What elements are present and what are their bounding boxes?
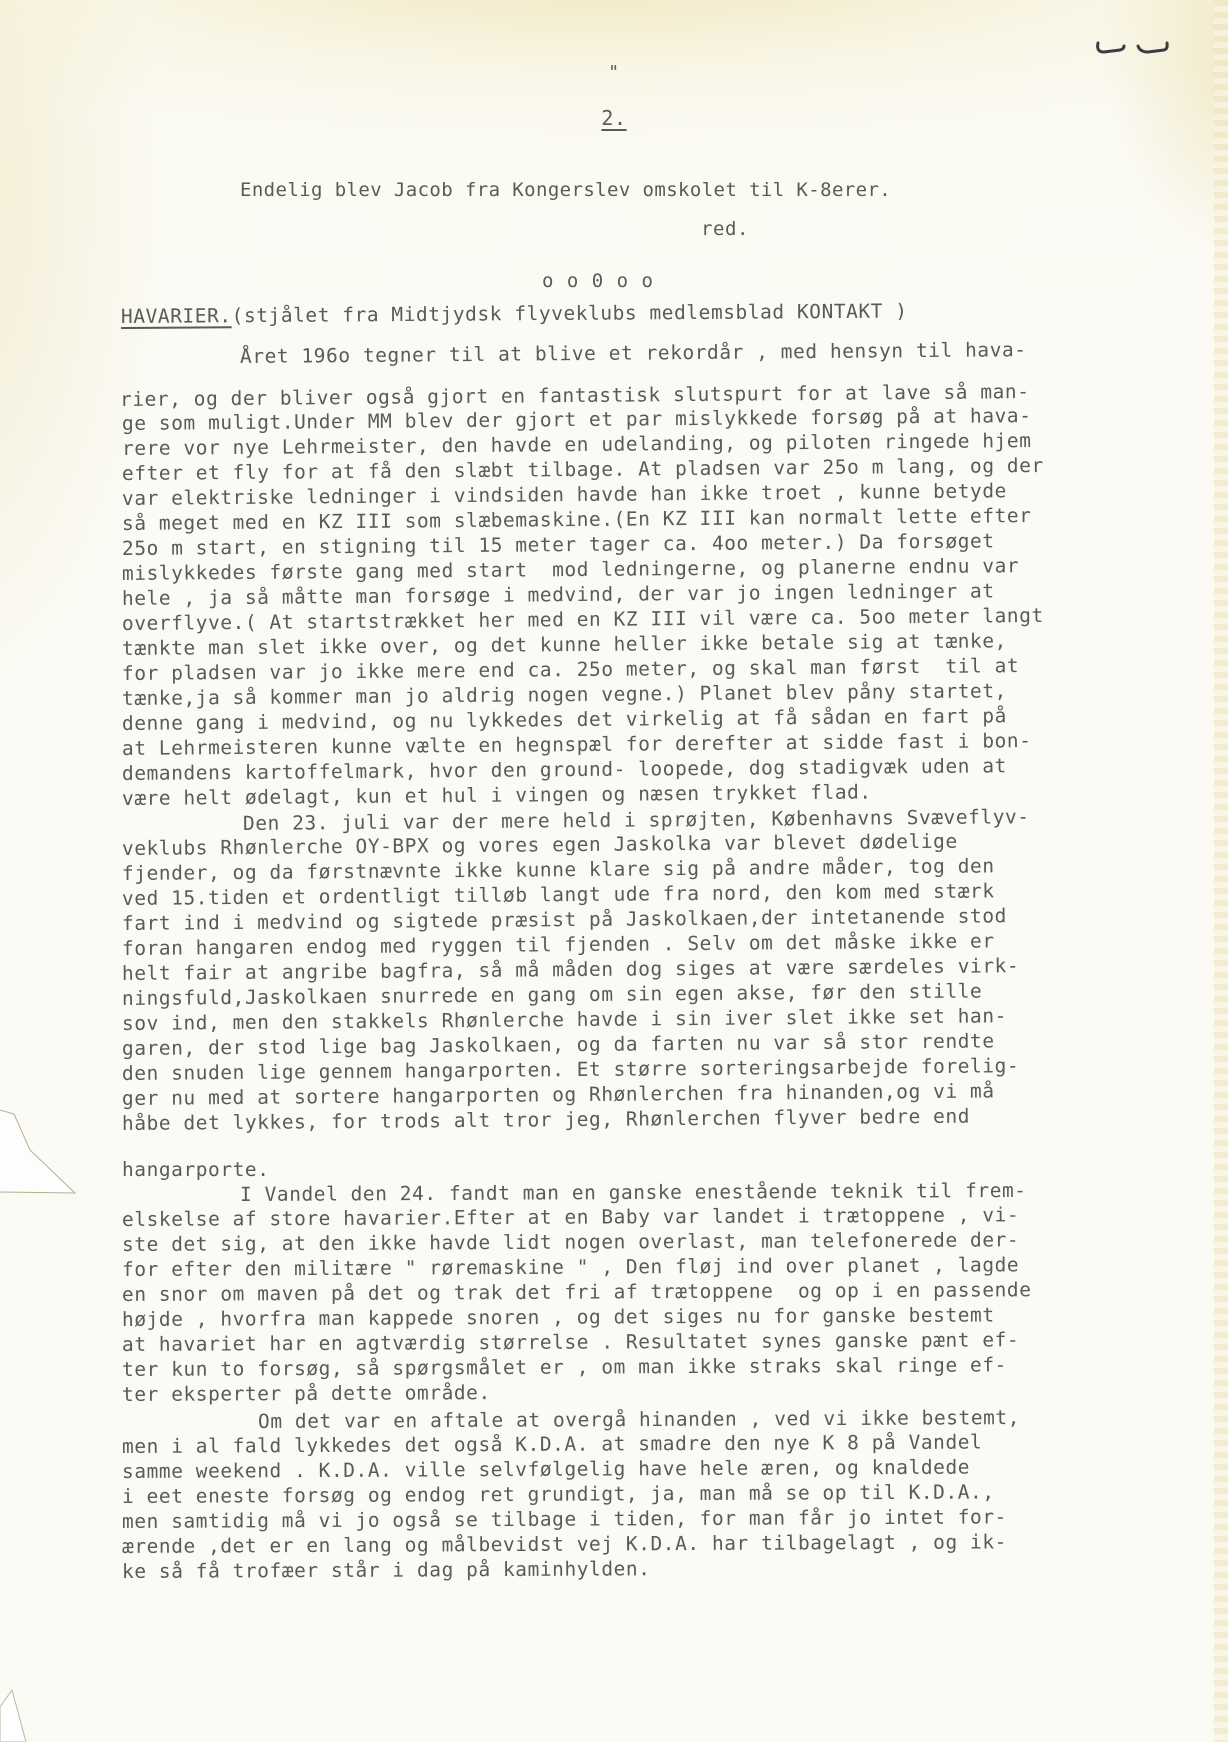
body-line: ter eksperter på dette område.	[122, 1381, 491, 1406]
body-line: samme weekend . K.D.A. ville selvfølgeli…	[122, 1456, 970, 1483]
paper-corner-tear	[0, 1682, 60, 1742]
page-number: 2.	[0, 106, 1228, 130]
section-separator: o o 0 o o	[542, 270, 654, 292]
body-line: ste det sig, at den ikke havde lidt noge…	[122, 1228, 1019, 1256]
body-line: ke så få trofæer står i dag på kaminhyld…	[122, 1557, 651, 1583]
body-line: men samtidig må vi jo også se tilbage i …	[122, 1505, 1007, 1533]
quote-mark: "	[0, 62, 1228, 83]
body-line: højde , hvorfra man kappede snoren , og …	[122, 1303, 995, 1331]
body-line: for efter den militære " røremaskine " ,…	[122, 1253, 1019, 1281]
body-line: en snor om maven på det og trak det fri …	[122, 1278, 1032, 1306]
body-line: I Vandel den 24. fandt man en ganske ene…	[240, 1179, 1027, 1206]
notice-signoff: red.	[701, 218, 749, 240]
paper-edge-perforation	[1214, 0, 1228, 1742]
body-line: elskelse af store havarier.Efter at en B…	[122, 1203, 1019, 1231]
staple-marks-icon	[1094, 40, 1194, 56]
paper-tear-mark	[0, 1100, 80, 1200]
article-title: HAVARIER.	[121, 304, 232, 328]
notice-text: Endelig blev Jacob fra Kongerslev omskol…	[240, 179, 891, 201]
article-source-note: (stjålet fra Midtjydsk flyveklubs medlem…	[232, 300, 908, 328]
body-line: hangarporte.	[122, 1158, 269, 1181]
body-line: ærende ,det er en lang og målbevidst vej…	[122, 1530, 1007, 1558]
body-line: men i al fald lykkedes det også K.D.A. a…	[122, 1430, 982, 1458]
body-line: Om det var en aftale at overgå hinanden …	[258, 1406, 1020, 1433]
body-line: ter kun to forsøg, så spørgsmålet er , o…	[122, 1353, 1007, 1381]
body-line: i eet eneste forsøg og endog ret grundig…	[122, 1480, 995, 1508]
body-line: at havariet har en agtværdig størrelse .…	[122, 1328, 1019, 1356]
